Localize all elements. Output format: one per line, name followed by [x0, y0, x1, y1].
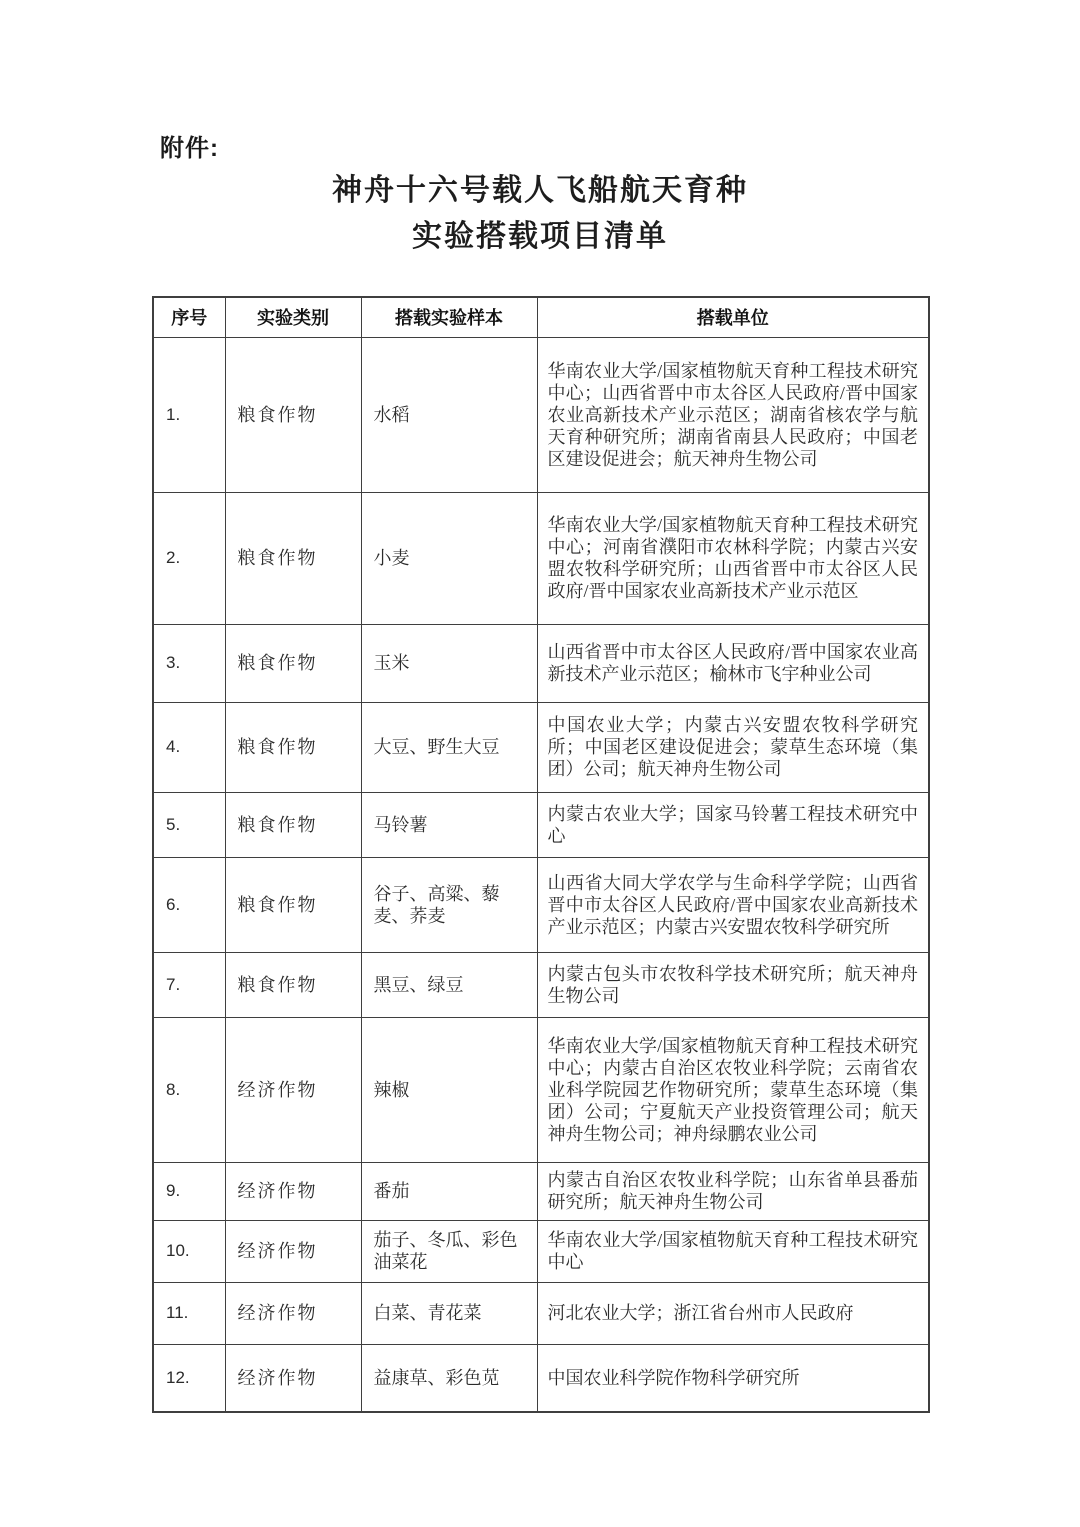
- row-category-cell: 粮食作物: [225, 624, 361, 702]
- row-sample-cell: 马铃薯: [361, 792, 537, 857]
- table-row: 6. 粮食作物 谷子、高粱、藜麦、荞麦 山西省大同大学农学与生命科学学院；山西省…: [153, 857, 929, 952]
- row-no-cell: 1.: [153, 337, 225, 492]
- row-category-cell: 粮食作物: [225, 857, 361, 952]
- row-sample-cell: 黑豆、绿豆: [361, 952, 537, 1017]
- row-sample-cell: 益康草、彩色苋: [361, 1344, 537, 1412]
- row-no-cell: 4.: [153, 702, 225, 792]
- row-no-cell: 10.: [153, 1220, 225, 1282]
- row-no-cell: 3.: [153, 624, 225, 702]
- row-no-cell: 11.: [153, 1282, 225, 1344]
- header-experiment-sample: 搭载实验样本: [361, 297, 537, 337]
- row-units-cell: 山西省晋中市太谷区人民政府/晋中国家农业高新技术产业示范区；榆林市飞宇种业公司: [537, 624, 929, 702]
- row-units-cell: 华南农业大学/国家植物航天育种工程技术研究中心；内蒙古自治区农牧业科学院；云南省…: [537, 1017, 929, 1162]
- document-title-line1: 神舟十六号载人飞船航天育种: [0, 168, 1080, 214]
- document-title: 神舟十六号载人飞船航天育种 实验搭载项目清单: [0, 168, 1080, 260]
- row-category-cell: 经济作物: [225, 1162, 361, 1220]
- row-units-cell: 内蒙古包头市农牧科学技术研究所；航天神舟生物公司: [537, 952, 929, 1017]
- row-sample-cell: 番茄: [361, 1162, 537, 1220]
- row-units-cell: 内蒙古自治区农牧业科学院；山东省单县番茄研究所；航天神舟生物公司: [537, 1162, 929, 1220]
- row-no-cell: 5.: [153, 792, 225, 857]
- row-units-cell: 华南农业大学/国家植物航天育种工程技术研究中心: [537, 1220, 929, 1282]
- row-units-cell: 华南农业大学/国家植物航天育种工程技术研究中心；河南省濮阳市农林科学院；内蒙古兴…: [537, 492, 929, 624]
- row-no-cell: 8.: [153, 1017, 225, 1162]
- row-units-cell: 华南农业大学/国家植物航天育种工程技术研究中心；山西省晋中市太谷区人民政府/晋中…: [537, 337, 929, 492]
- table-row: 10. 经济作物 茄子、冬瓜、彩色油菜花 华南农业大学/国家植物航天育种工程技术…: [153, 1220, 929, 1282]
- row-units-cell: 内蒙古农业大学；国家马铃薯工程技术研究中心: [537, 792, 929, 857]
- row-category-cell: 经济作物: [225, 1220, 361, 1282]
- row-units-cell: 中国农业大学；内蒙古兴安盟农牧科学研究所；中国老区建设促进会；蒙草生态环境（集团…: [537, 702, 929, 792]
- row-no-cell: 7.: [153, 952, 225, 1017]
- table-row: 9. 经济作物 番茄 内蒙古自治区农牧业科学院；山东省单县番茄研究所；航天神舟生…: [153, 1162, 929, 1220]
- table-row: 11. 经济作物 白菜、青花菜 河北农业大学；浙江省台州市人民政府: [153, 1282, 929, 1344]
- table-row: 8. 经济作物 辣椒 华南农业大学/国家植物航天育种工程技术研究中心；内蒙古自治…: [153, 1017, 929, 1162]
- payload-list-table: 序号 实验类别 搭载实验样本 搭载单位 1. 粮食作物 水稻 华南农业大学/国家…: [152, 296, 930, 1413]
- row-units-cell: 中国农业科学院作物科学研究所: [537, 1344, 929, 1412]
- row-no-cell: 6.: [153, 857, 225, 952]
- row-category-cell: 粮食作物: [225, 492, 361, 624]
- row-units-cell: 河北农业大学；浙江省台州市人民政府: [537, 1282, 929, 1344]
- header-serial-number: 序号: [153, 297, 225, 337]
- table-header-row: 序号 实验类别 搭载实验样本 搭载单位: [153, 297, 929, 337]
- row-sample-cell: 玉米: [361, 624, 537, 702]
- table-row: 1. 粮食作物 水稻 华南农业大学/国家植物航天育种工程技术研究中心；山西省晋中…: [153, 337, 929, 492]
- table-row: 4. 粮食作物 大豆、野生大豆 中国农业大学；内蒙古兴安盟农牧科学研究所；中国老…: [153, 702, 929, 792]
- row-no-cell: 2.: [153, 492, 225, 624]
- table-row: 5. 粮食作物 马铃薯 内蒙古农业大学；国家马铃薯工程技术研究中心: [153, 792, 929, 857]
- row-sample-cell: 谷子、高粱、藜麦、荞麦: [361, 857, 537, 952]
- table-row: 12. 经济作物 益康草、彩色苋 中国农业科学院作物科学研究所: [153, 1344, 929, 1412]
- row-no-cell: 12.: [153, 1344, 225, 1412]
- attachment-label: 附件:: [160, 128, 219, 163]
- row-units-cell: 山西省大同大学农学与生命科学学院；山西省晋中市太谷区人民政府/晋中国家农业高新技…: [537, 857, 929, 952]
- row-category-cell: 粮食作物: [225, 702, 361, 792]
- table-row: 7. 粮食作物 黑豆、绿豆 内蒙古包头市农牧科学技术研究所；航天神舟生物公司: [153, 952, 929, 1017]
- row-sample-cell: 小麦: [361, 492, 537, 624]
- row-sample-cell: 辣椒: [361, 1017, 537, 1162]
- header-experiment-category: 实验类别: [225, 297, 361, 337]
- row-sample-cell: 茄子、冬瓜、彩色油菜花: [361, 1220, 537, 1282]
- row-sample-cell: 大豆、野生大豆: [361, 702, 537, 792]
- row-category-cell: 粮食作物: [225, 337, 361, 492]
- row-sample-cell: 水稻: [361, 337, 537, 492]
- document-title-line2: 实验搭载项目清单: [0, 214, 1080, 260]
- row-category-cell: 经济作物: [225, 1017, 361, 1162]
- row-category-cell: 经济作物: [225, 1282, 361, 1344]
- table-row: 3. 粮食作物 玉米 山西省晋中市太谷区人民政府/晋中国家农业高新技术产业示范区…: [153, 624, 929, 702]
- row-sample-cell: 白菜、青花菜: [361, 1282, 537, 1344]
- row-category-cell: 粮食作物: [225, 952, 361, 1017]
- row-category-cell: 粮食作物: [225, 792, 361, 857]
- row-no-cell: 9.: [153, 1162, 225, 1220]
- header-carrying-unit: 搭载单位: [537, 297, 929, 337]
- row-category-cell: 经济作物: [225, 1344, 361, 1412]
- table-row: 2. 粮食作物 小麦 华南农业大学/国家植物航天育种工程技术研究中心；河南省濮阳…: [153, 492, 929, 624]
